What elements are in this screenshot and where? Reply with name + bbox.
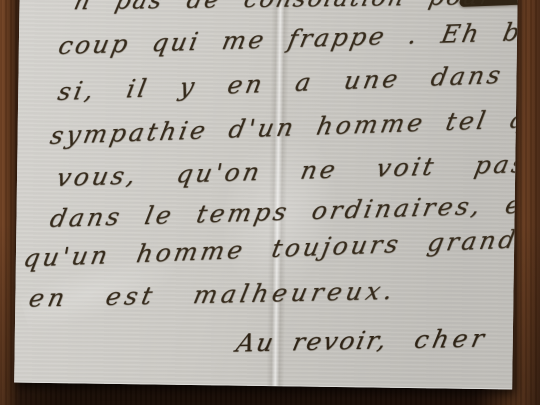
handwriting-closing: Au revoir, <box>234 325 391 357</box>
handwriting-closing-word: cher <box>412 324 491 355</box>
letter-paper: n pas de consolation pour coup qui me fr… <box>14 0 518 389</box>
photo-of-handwritten-letter: { "scene": { "subject": "handwritten let… <box>0 0 540 405</box>
